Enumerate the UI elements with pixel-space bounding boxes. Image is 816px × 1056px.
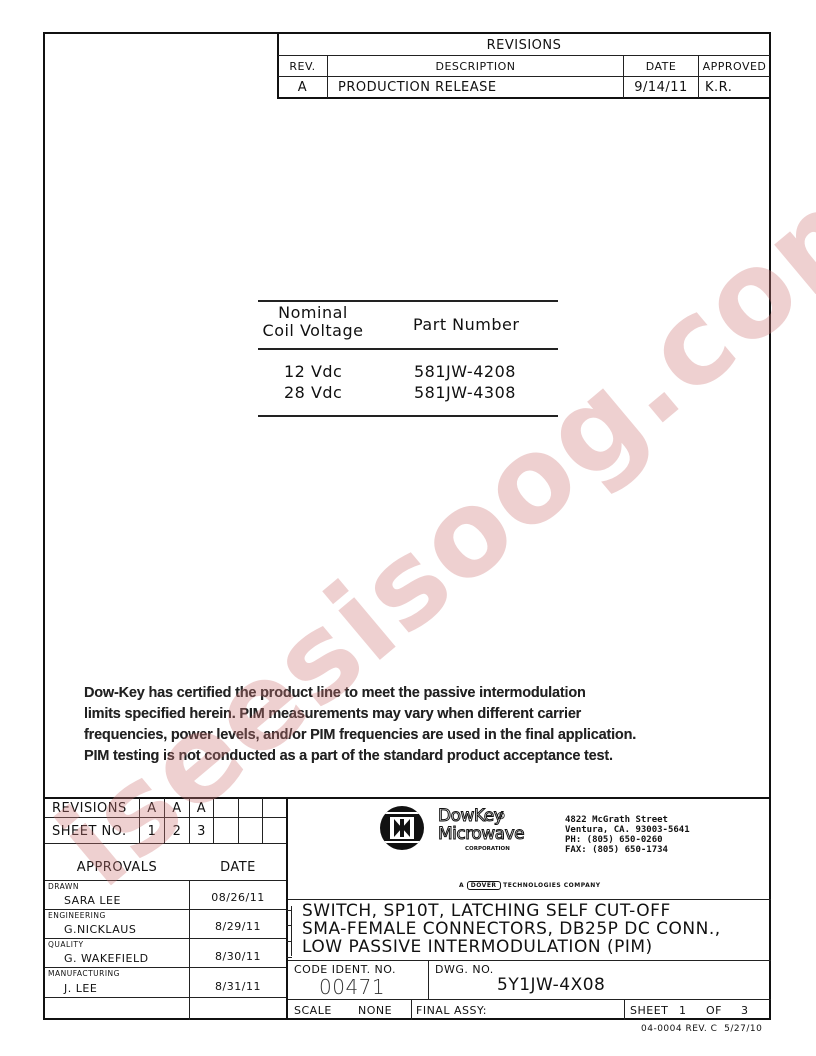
code-ident-value: 00471 (319, 975, 385, 999)
rev-header: REV. (278, 60, 327, 73)
title-line: LOW PASSIVE INTERMODULATION (PIM) (302, 938, 721, 956)
date-drawn: 08/26/11 (190, 891, 286, 904)
approved-value: K.R. (705, 80, 769, 95)
logo-line1: DowKey (438, 808, 503, 825)
rev-value: A (278, 80, 327, 95)
part-number-28v: 581JW-4308 (414, 383, 516, 402)
address-fax: FAX: (805) 650-1734 (565, 845, 690, 855)
pim-note-line: limits specified herein. PIM measurement… (84, 704, 734, 725)
revisions-title: REVISIONS (278, 38, 770, 53)
pim-note: Dow-Key has certified the product line t… (84, 683, 734, 767)
name-engineering: G.NICKLAUS (64, 923, 136, 936)
sheet-1: 1 (140, 824, 164, 839)
company-address: 4822 McGrath Street Ventura, CA. 93003-5… (565, 815, 690, 855)
name-manufacturing: J. LEE (64, 982, 97, 995)
parent-company: A DOVER TECHNOLOGIES COMPANY (459, 882, 601, 889)
date-header: DATE (624, 60, 698, 73)
sheet-3: 3 (190, 824, 213, 839)
of-label: OF (706, 1004, 722, 1017)
address-city: Ventura, CA. 93003-5641 (565, 825, 690, 835)
date-manufacturing: 8/31/11 (190, 980, 286, 993)
dwg-no-label: DWG. NO. (435, 963, 494, 976)
registered-mark: ® (496, 811, 506, 822)
scale-label: SCALE (294, 1004, 332, 1017)
final-assy-label: FINAL ASSY: (416, 1004, 487, 1017)
date-engineering: 8/29/11 (190, 920, 286, 933)
scale-value: NONE (358, 1004, 392, 1017)
logo-line2: Microwave (438, 826, 524, 843)
logo-corporation: CORPORATION (465, 846, 510, 852)
pim-note-line: frequencies, power levels, and/or PIM fr… (84, 725, 734, 746)
pim-note-line: PIM testing is not conducted as a part o… (84, 746, 734, 767)
voltage-12: 12 Vdc (284, 362, 342, 381)
voltage-28: 28 Vdc (284, 383, 342, 402)
dover-logo: DOVER (467, 881, 501, 890)
drawing-title: SWITCH, SP10T, LATCHING SELF CUT-OFF SMA… (302, 902, 721, 956)
role-drawn: DRAWN (48, 882, 79, 891)
rev-sheet-1: A (140, 801, 164, 816)
dow-key-logo-icon (379, 805, 425, 851)
sheet-2: 2 (165, 824, 189, 839)
form-number: 04-0004 REV. C 5/27/10 (641, 1024, 762, 1034)
voltage-header-line2: Coil Voltage (258, 322, 368, 340)
voltage-header: Nominal Coil Voltage (258, 304, 368, 340)
dwg-no-value: 5Y1JW-4X08 (497, 975, 605, 995)
date-value: 9/14/11 (624, 80, 698, 95)
sheet-total: 3 (741, 1004, 749, 1017)
approvals-date-header: DATE (190, 860, 286, 875)
title-line: SWITCH, SP10T, LATCHING SELF CUT-OFF (302, 902, 721, 920)
date-quality: 8/30/11 (190, 950, 286, 963)
voltage-header-line1: Nominal (258, 304, 368, 322)
role-manufacturing: MANUFACTURING (48, 969, 120, 978)
address-street: 4822 McGrath Street (565, 815, 690, 825)
description-header: DESCRIPTION (328, 60, 623, 73)
sheet-value: 1 (679, 1004, 687, 1017)
part-number-header: Part Number (413, 315, 519, 334)
name-drawn: SARA LEE (64, 894, 121, 907)
sheet-no-label: SHEET NO. (52, 824, 127, 839)
description-value: PRODUCTION RELEASE (338, 80, 618, 95)
approved-header: APPROVED (699, 60, 770, 73)
rev-sheet-2: A (165, 801, 189, 816)
part-number-12v: 581JW-4208 (414, 362, 516, 381)
sheet-label: SHEET (630, 1004, 668, 1017)
role-engineering: ENGINEERING (48, 911, 106, 920)
parent-suffix: TECHNOLOGIES COMPANY (503, 882, 600, 889)
title-line: SMA-FEMALE CONNECTORS, DB25P DC CONN., (302, 920, 721, 938)
pim-note-line: Dow-Key has certified the product line t… (84, 683, 734, 704)
revisions-label: REVISIONS (52, 801, 127, 816)
approvals-header: APPROVALS (45, 860, 189, 875)
role-quality: QUALITY (48, 940, 84, 949)
rev-sheet-3: A (190, 801, 213, 816)
address-phone: PH: (805) 650-0260 (565, 835, 690, 845)
parent-prefix: A (459, 882, 464, 889)
name-quality: G. WAKEFIELD (64, 952, 149, 965)
